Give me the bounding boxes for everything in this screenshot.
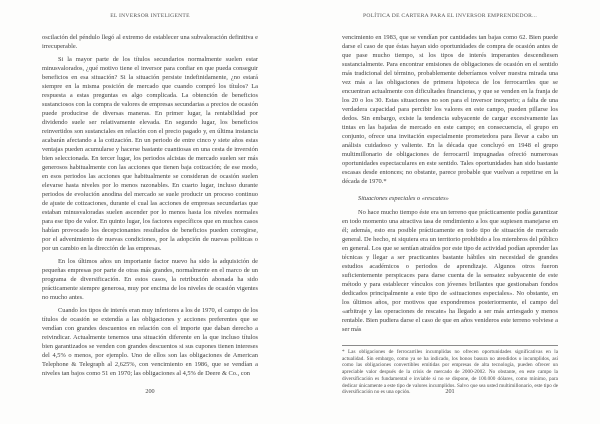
running-head-right: POLÍTICA DE CARTERA PARA EL INVERSOR EMP… [322,13,578,19]
book-spread: EL INVERSOR INTELIGENTE oscilación del p… [0,0,600,424]
paragraph: Cuando los tipos de interés eran muy inf… [42,306,258,378]
page-right: POLÍTICA DE CARTERA PARA EL INVERSOR EMP… [342,0,558,424]
page-number-right: 201 [342,388,558,395]
footnote-separator-rule [342,345,558,346]
page-left-body: oscilación del péndulo llegó al extremo … [42,33,258,383]
paragraph-continuation: vencimiento en 1983, que se vendían por … [342,33,558,186]
paragraph-continuation: oscilación del péndulo llegó al extremo … [42,33,258,51]
page-left: EL INVERSOR INTELIGENTE oscilación del p… [42,0,258,424]
section-heading-situaciones-especiales: Situaciones especiales o «rescates» [342,194,558,203]
running-head-left: EL INVERSOR INTELIGENTE [22,13,278,19]
paragraph: En los últimos años un importante factor… [42,257,258,302]
page-number-left: 200 [42,388,258,395]
paragraph: No hace mucho tiempo éste era un terreno… [342,208,558,334]
page-right-body: vencimiento en 1983, que se vendían por … [342,33,558,344]
paragraph: Si la mayor parte de los títulos secunda… [42,55,258,253]
